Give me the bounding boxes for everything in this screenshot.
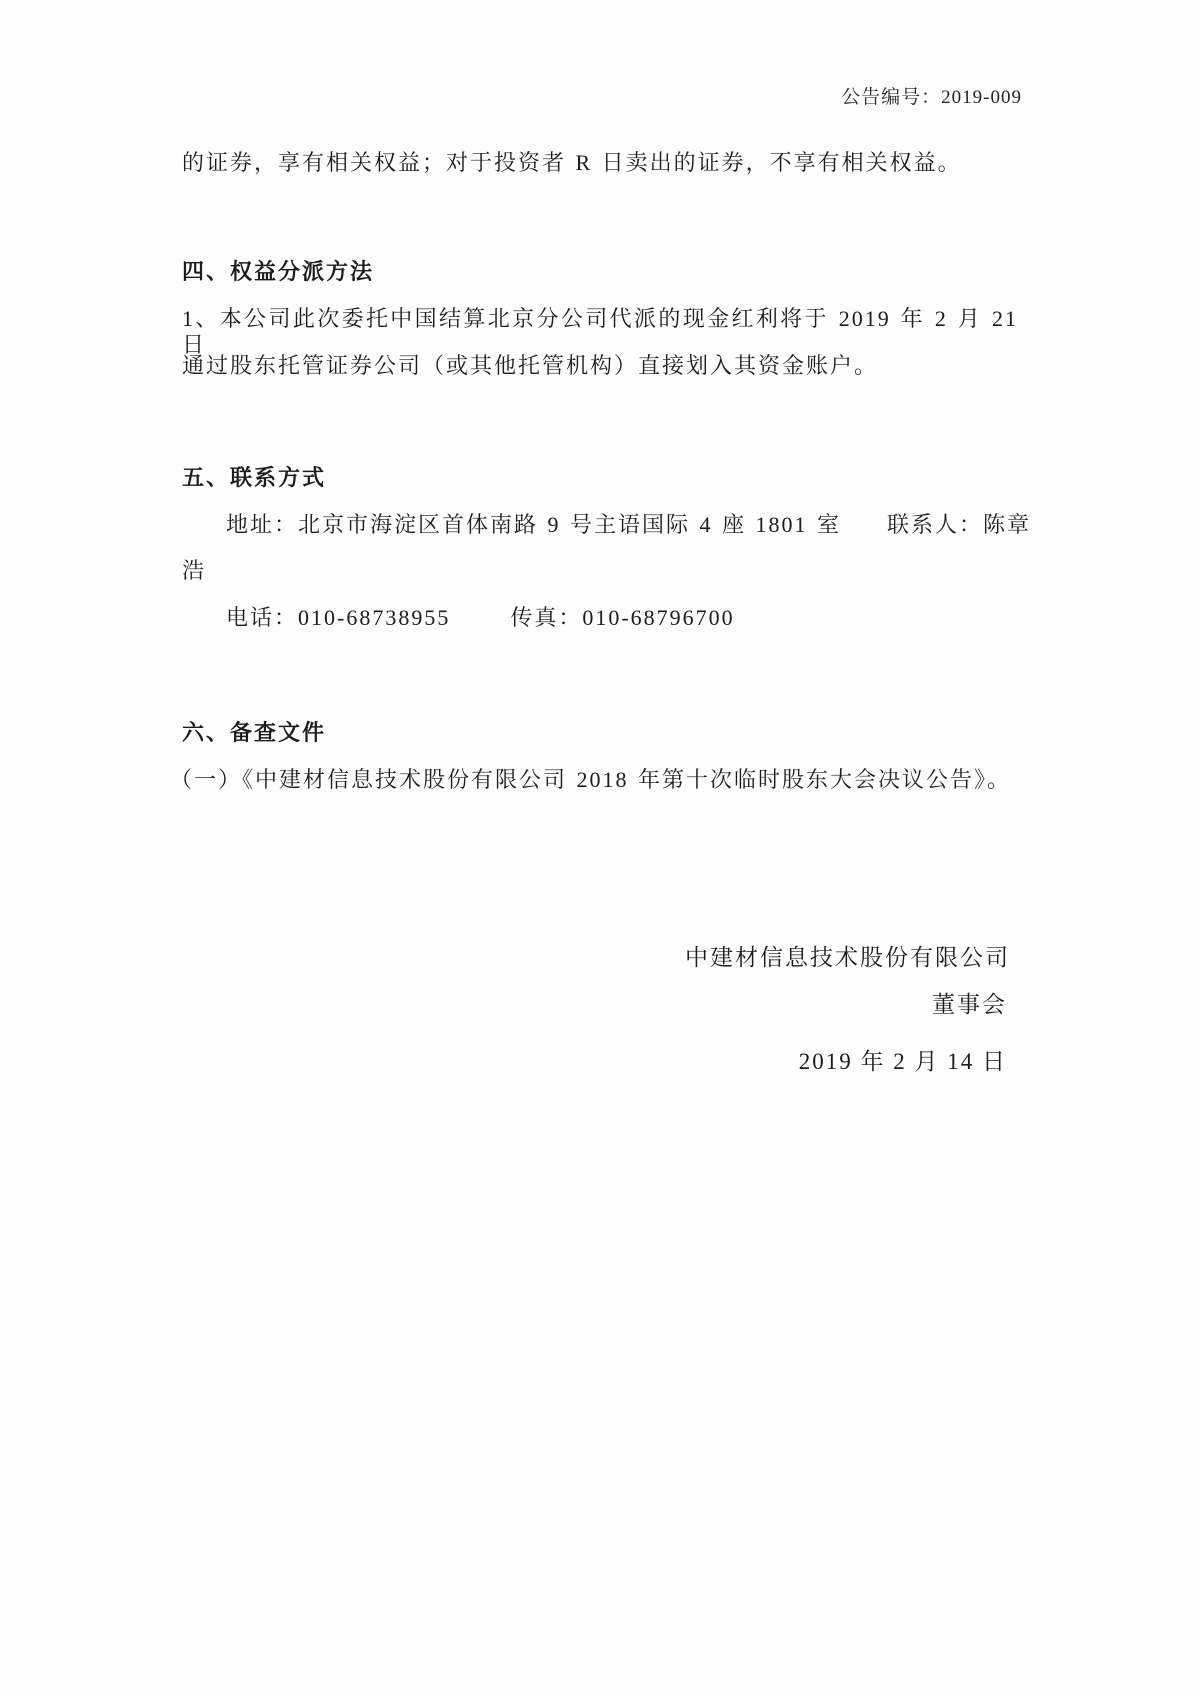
section6-heading: 六、备查文件 [182,720,326,746]
fax-text: 传真：010-68796700 [510,605,734,630]
section6-document-item: （一）《中建材信息技术股份有限公司 2018 年第十次临时股东大会决议公告》。 [170,767,1011,793]
section5-phone-line: 电话：010-68738955传真：010-68796700 [226,605,735,631]
document-page: 公告编号：2019-009 的证券，享有相关权益；对于投资者 R 日卖出的证券，… [0,0,1200,1696]
section4-paragraph-line1: 1、本公司此次委托中国结算北京分公司代派的现金红利将于 2019 年 2 月 2… [182,306,1018,359]
signature-board: 董事会 [932,991,1007,1019]
section4-paragraph-line2: 通过股东托管证券公司（或其他托管机构）直接划入其资金账户。 [182,353,878,379]
paragraph-continuation-line: 的证券，享有相关权益；对于投资者 R 日卖出的证券，不享有相关权益。 [182,150,962,176]
announcement-number: 公告编号：2019-009 [841,82,1022,109]
contact-person-text: 联系人：陈章 [887,512,1031,537]
section5-address-line: 地址：北京市海淀区首体南路 9 号主语国际 4 座 1801 室联系人：陈章 [226,512,1031,538]
phone-text: 电话：010-68738955 [226,605,450,630]
section4-heading: 四、权益分派方法 [182,259,374,285]
section5-heading: 五、联系方式 [182,465,326,491]
address-text: 地址：北京市海淀区首体南路 9 号主语国际 4 座 1801 室 [226,512,841,537]
signature-date: 2019 年 2 月 14 日 [799,1048,1007,1076]
signature-company-name: 中建材信息技术股份有限公司 [685,944,1010,972]
contact-person-wrapped-char: 浩 [182,558,206,584]
